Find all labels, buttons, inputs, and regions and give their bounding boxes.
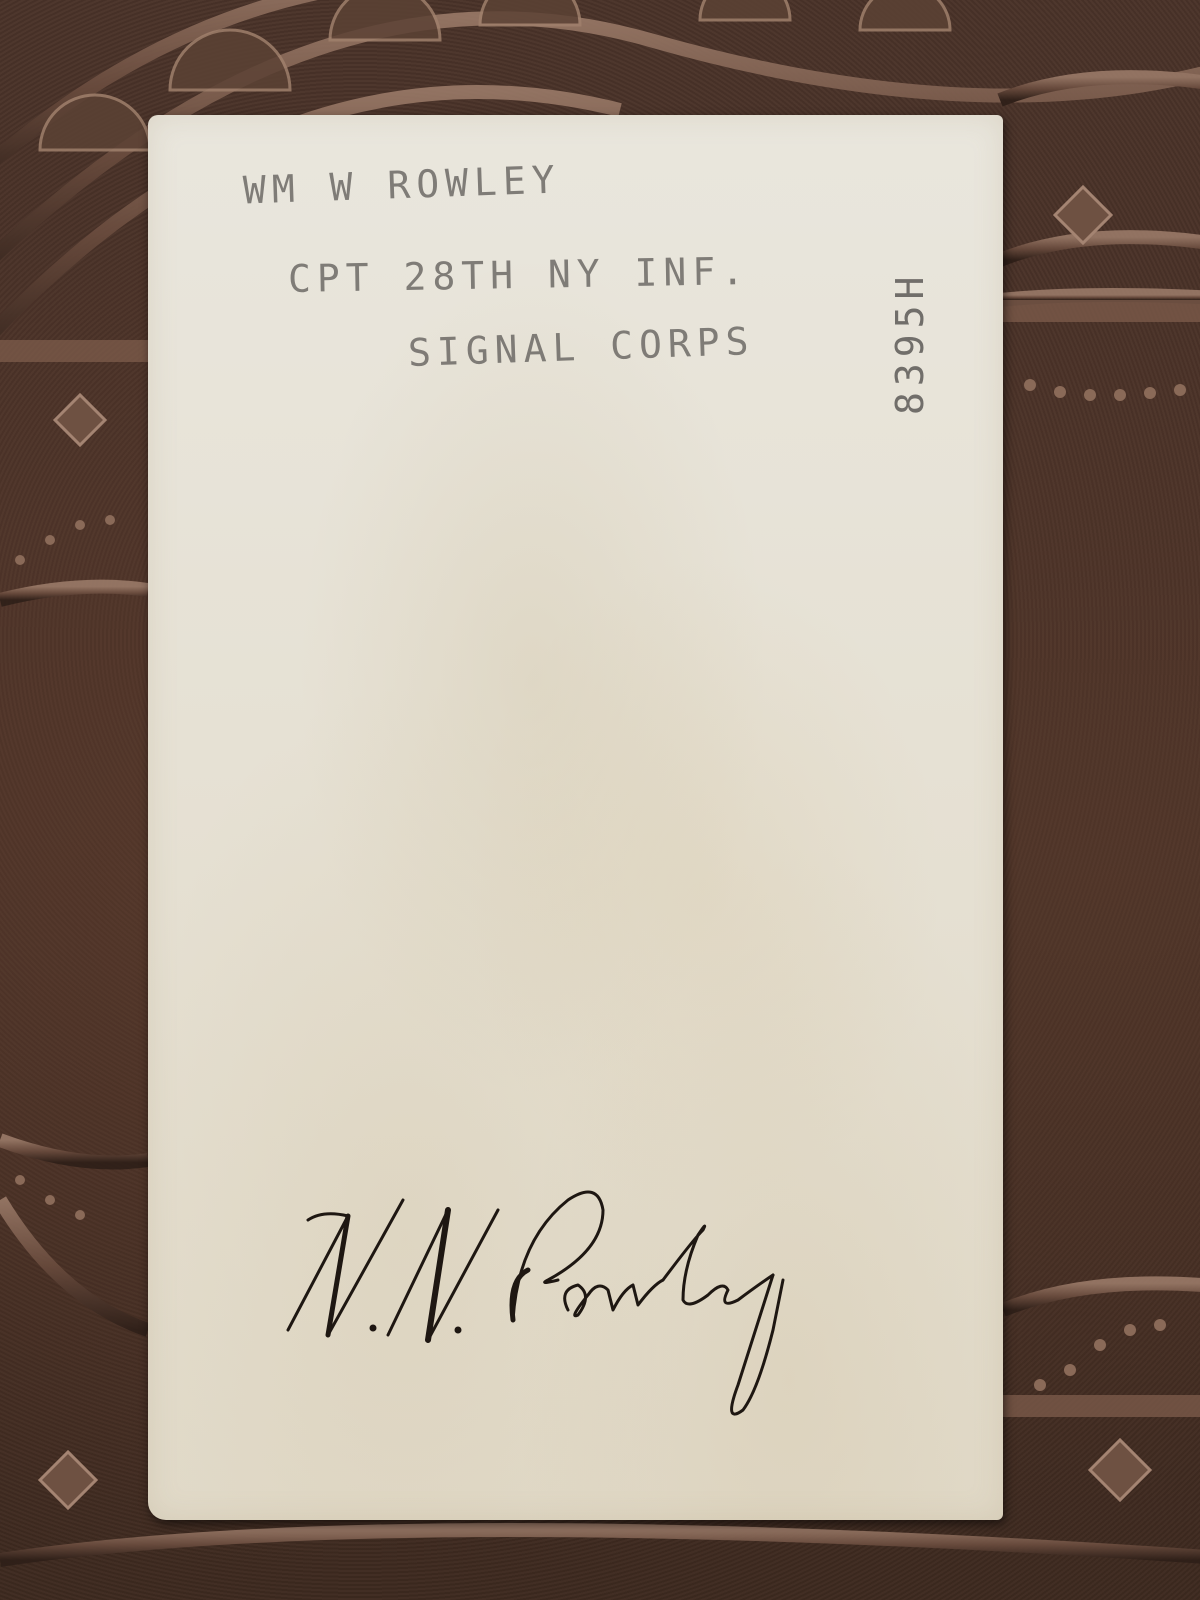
signature-strokes [268,1180,888,1440]
pencil-note-unit: SIGNAL CORPS [407,319,755,375]
carte-de-visite-card: WM W ROWLEY CPT 28TH NY INF. SIGNAL CORP… [148,115,1003,1520]
ink-signature: W. W. Rowley [268,1180,888,1440]
pencil-note-rank: CPT 28TH NY INF. [288,249,751,301]
pencil-note-name: WM W ROWLEY [242,157,561,212]
inventory-number: 8395H [888,271,932,415]
